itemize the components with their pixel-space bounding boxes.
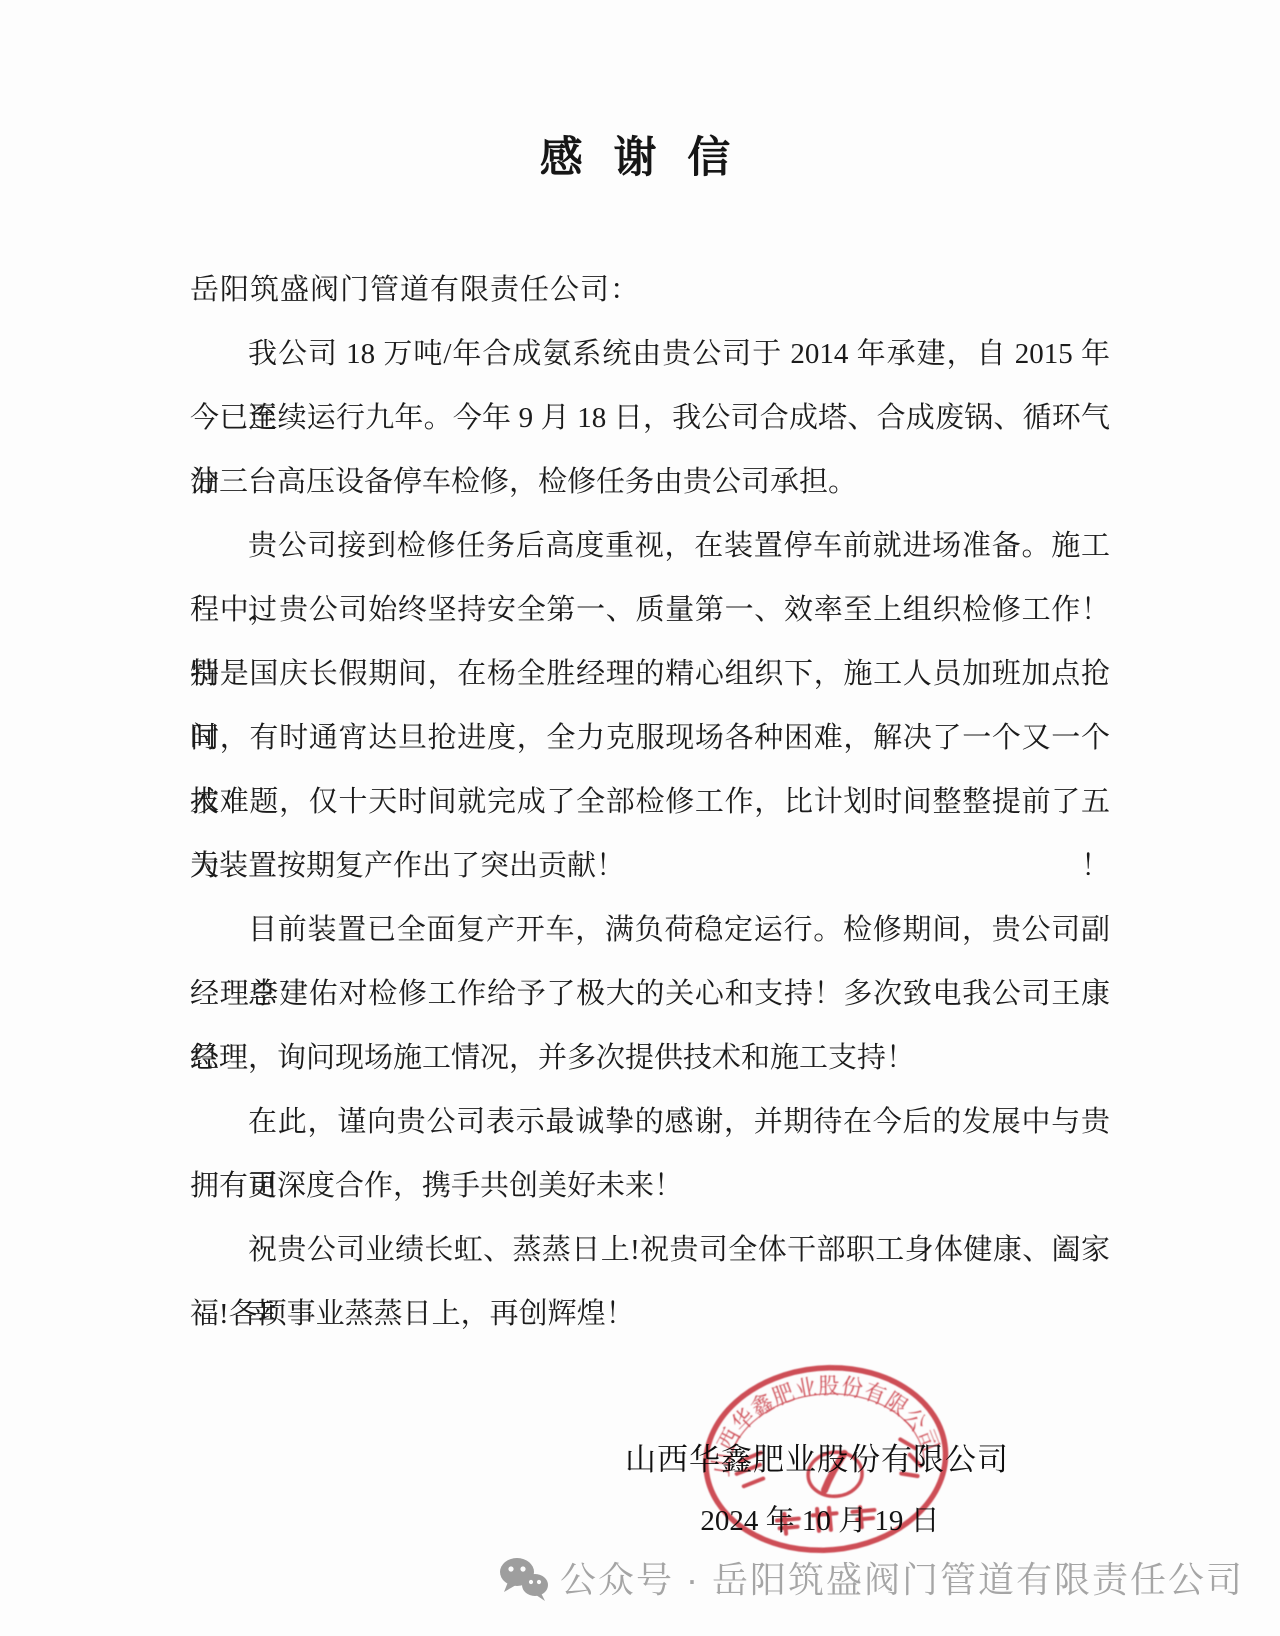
letter-line: 今已连续运行九年。今年 9 月 18 日，我公司合成塔、合成废锅、循环气油 [190,386,1110,450]
letter-line: 别是国庆长假期间，在杨全胜经理的精心组织下，施工人员加班加点抢时 [190,642,1110,706]
letter-line: 经理李建佑对检修工作给予了极大的关心和支持！多次致电我公司王康总 [190,962,1110,1026]
letter-line: 在此，谨向贵公司表示最诚挚的感谢，并期待在今后的发展中与贵司 [190,1090,1110,1154]
letter-body: 岳阳筑盛阀门管道有限责任公司： 我公司 18 万吨/年合成氨系统由贵公司于 20… [190,258,1110,1346]
watermark-text: 公众号 · 岳阳筑盛阀门管道有限责任公司 [560,1552,1244,1603]
letter-line: 祝贵公司业绩长虹、蒸蒸日上!祝贵司全体干部职工身体健康、阖家幸 [190,1218,1110,1282]
letter-line: 程中，贵公司始终坚持安全第一、质量第一、效率至上组织检修工作！特 [190,578,1110,642]
letter-line: 目前装置已全面复产开车，满负荷稳定运行。检修期间，贵公司副总 [190,898,1110,962]
letter-line: 我公司 18 万吨/年合成氨系统由贵公司于 2014 年承建，自 2015 年至 [190,322,1110,386]
salutation: 岳阳筑盛阀门管道有限责任公司： [190,258,1110,322]
wechat-icon [498,1554,550,1602]
letter-line: 术难题，仅十天时间就完成了全部检修工作，比计划时间整整提前了五天！ [190,770,1110,834]
letter-line: 分三台高压设备停车检修，检修任务由贵公司承担。 [190,450,1110,514]
company-seal-stamp: 山西华鑫肥业股份有限公司 [688,1351,964,1573]
letter-line: 贵公司接到检修任务后高度重视，在装置停车前就进场准备。施工过 [190,514,1110,578]
stamp-bottom-marks [776,1504,876,1534]
letter-line: 经理，询问现场施工情况，并多次提供技术和施工支持！ [190,1026,1110,1090]
svg-text:山西华鑫肥业股份有限公司: 山西华鑫肥业股份有限公司 [700,1364,944,1478]
letter-page: 感 谢 信 岳阳筑盛阀门管道有限责任公司： 我公司 18 万吨/年合成氨系统由贵… [0,0,1280,1636]
watermark-footer: 公众号 · 岳阳筑盛阀门管道有限责任公司 [498,1552,1244,1603]
letter-line: 福!各项事业蒸蒸日上，再创辉煌！ [190,1282,1110,1346]
letter-title: 感 谢 信 [0,124,1280,185]
letter-line: 间，有时通宵达旦抢进度，全力克服现场各种困难，解决了一个又一个技 [190,706,1110,770]
letter-line: 拥有更深度合作，携手共创美好未来！ [190,1154,1110,1218]
stamp-arc-text: 山西华鑫肥业股份有限公司 [700,1364,944,1478]
